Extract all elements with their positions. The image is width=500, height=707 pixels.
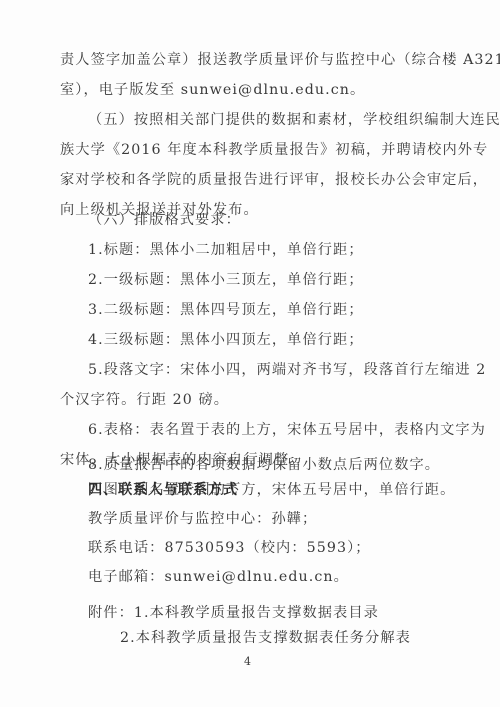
contact-email: 电子邮箱：sunwei@dlnu.edu.cn。 [88,567,349,587]
page-number: 4 [244,655,251,669]
paragraph-line: 族大学《2016 年度本科教学质量报告》初稿，并聘请校内外专 [60,140,488,160]
list-item: 3.二级标题：黑体四号顶左，单倍行距； [88,300,364,320]
list-item: 6.表格：表名置于表的上方，宋体五号居中，表格内文字为 [88,420,486,440]
list-item: 5.段落文字：宋体小四，两端对齐书写，段落首行左缩进 2 [88,360,486,380]
document-page: 责人签字加盖公章）报送教学质量评价与监控中心（综合楼 A321 室），电子版发至… [0,0,500,707]
paragraph-line: 责人签字加盖公章）报送教学质量评价与监控中心（综合楼 A321 [60,50,500,70]
paragraph-line: （五）按照相关部门提供的数据和素材，学校组织编制大连民 [88,110,500,130]
list-item-continuation: 个汉字符。行距 20 磅。 [60,390,229,410]
contact-center: 教学质量评价与监控中心：孙韡； [88,509,317,529]
list-heading: （六）排版格式要求： [88,210,241,230]
paragraph-line: 家对学校和各学院的质量报告进行评审，报校长办公会审定后， [60,170,488,190]
attachment-item: 附件：1.本科教学质量报告支撑数据表目录 [88,603,379,623]
attachment-item: 2.本科教学质量报告支撑数据表任务分解表 [120,628,411,648]
list-item: 4.三级标题：黑体小四顶左，单倍行距； [88,330,364,350]
list-item: 8.质量报告中的各项数据均保留小数点后两位数字。 [88,455,440,475]
contact-phone: 联系电话：87530593（校内：5593）； [88,538,371,558]
list-item: 1.标题：黑体小二加粗居中，单倍行距； [88,240,364,260]
paragraph-line: 室），电子版发至 sunwei@dlnu.edu.cn。 [60,80,365,100]
list-item: 2.一级标题：黑体小三顶左，单倍行距； [88,270,364,290]
section-heading: 四、联系人与联系方式 [88,480,238,500]
